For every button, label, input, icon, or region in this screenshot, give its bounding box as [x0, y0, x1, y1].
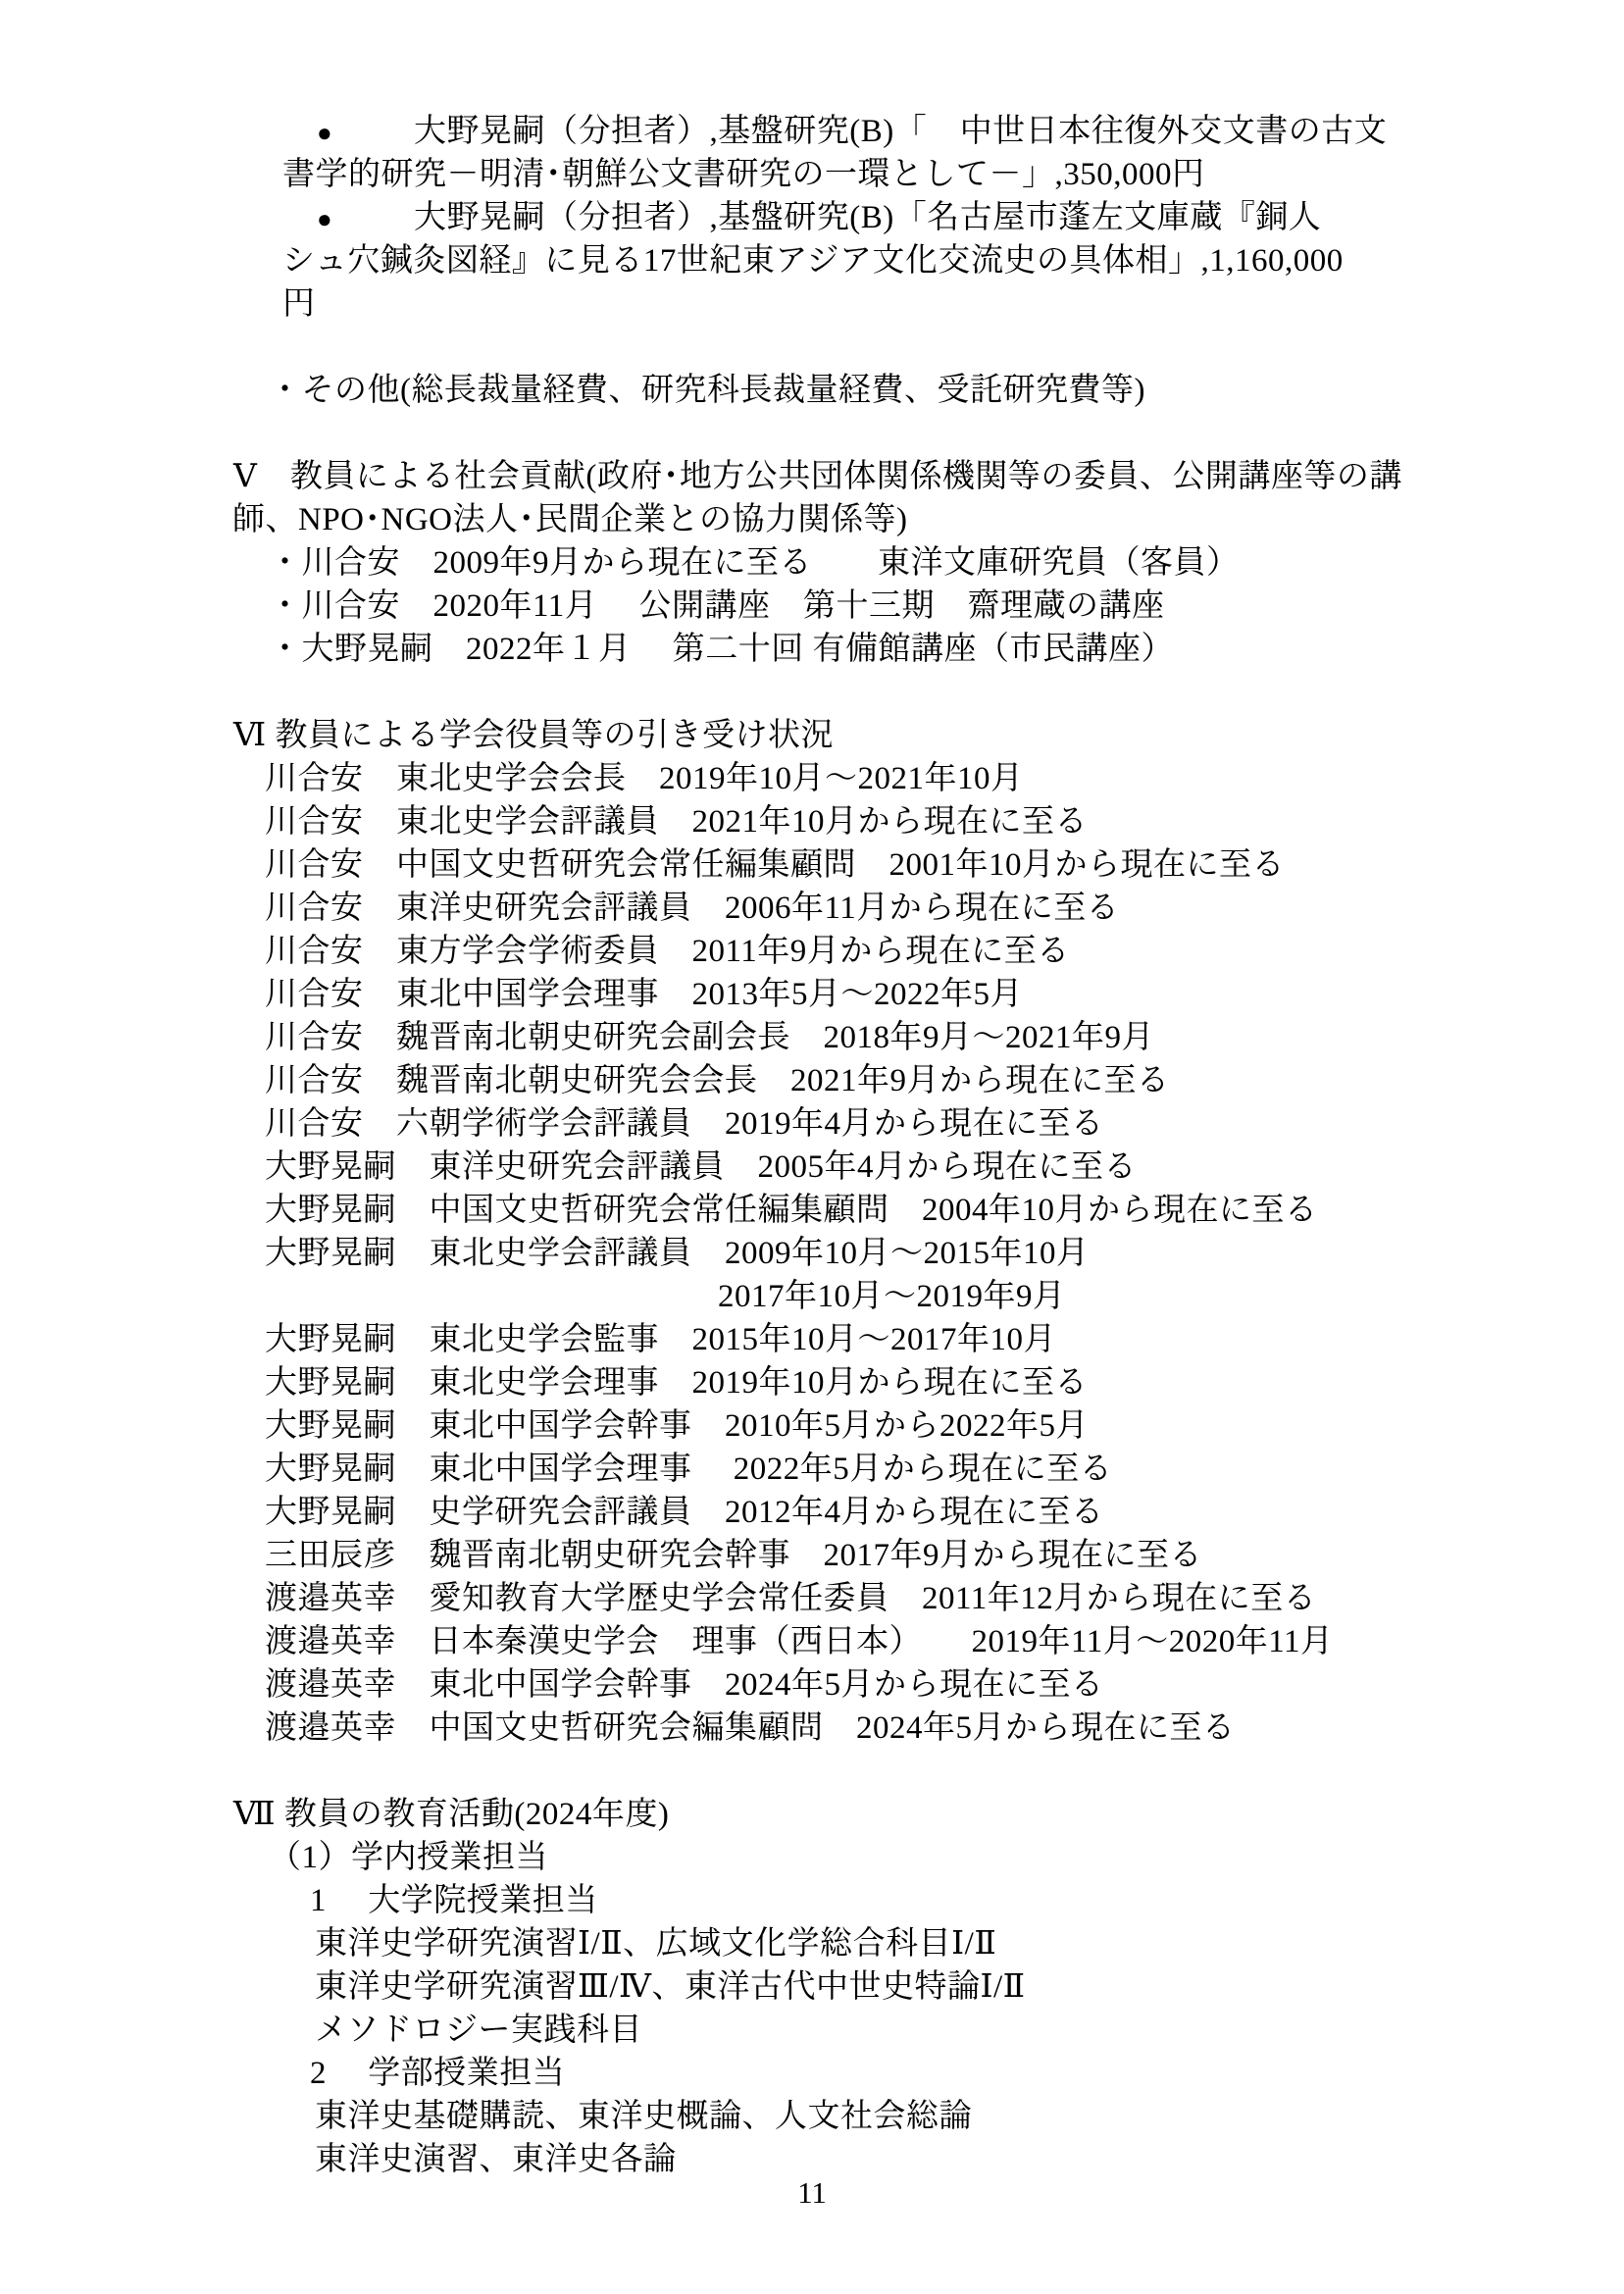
text-line: 書学的研究－明清･朝鮮公文書研究の一環として－」,350,000円: [282, 153, 1624, 196]
text-line: 渡邉英幸 中国文史哲研究会編集顧問 2024年5月から現在に至る: [265, 1707, 1624, 1750]
line-text: 渡邉英幸 日本秦漢史学会 理事（西日本） 2019年11月～2020年11月: [265, 1624, 1334, 1659]
text-line: シュ穴鍼灸図経』に見る17世紀東アジア文化交流史の具体相」,1,160,000: [282, 239, 1624, 282]
text-line: 川合安 東方学会学術委員 2011年9月から現在に至る: [265, 930, 1624, 973]
line-text: 大野晃嗣 東北史学会理事 2019年10月から現在に至る: [265, 1365, 1088, 1401]
line-text: 大野晃嗣 東洋史研究会評議員 2005年4月から現在に至る: [265, 1149, 1137, 1185]
text-line: 大野晃嗣 東洋史研究会評議員 2005年4月から現在に至る: [265, 1146, 1624, 1189]
line-text: 川合安 東北中国学会理事 2013年5月～2022年5月: [265, 977, 1023, 1012]
text-line: 大野晃嗣 東北中国学会理事 2022年5月から現在に至る: [265, 1448, 1624, 1491]
line-text: Ⅶ 教員の教育活動(2024年度): [233, 1797, 669, 1832]
blank-line: [0, 412, 1624, 455]
text-line: ・川合安 2009年9月から現在に至る 東洋文庫研究員（客員）: [269, 541, 1624, 585]
text-line: 東洋史学研究演習Ⅰ/Ⅱ、広域文化学総合科目Ⅰ/Ⅱ: [315, 1922, 1624, 1965]
line-text: 川合安 東方学会学術委員 2011年9月から現在に至る: [265, 934, 1070, 969]
line-text: 川合安 六朝学術学会評議員 2019年4月から現在に至る: [265, 1106, 1104, 1142]
text-line: 円: [282, 282, 1624, 326]
blank-line: [0, 326, 1624, 369]
line-text: 渡邉英幸 愛知教育大学歴史学会常任委員 2011年12月から現在に至る: [265, 1581, 1316, 1616]
text-line: 大野晃嗣 東北史学会理事 2019年10月から現在に至る: [265, 1361, 1624, 1404]
line-text: 大野晃嗣（分担者）,基盤研究(B)「 中世日本往復外交文書の古文: [414, 114, 1387, 149]
text-line: メソドロジー実践科目: [315, 2009, 1624, 2052]
text-line: 川合安 中国文史哲研究会常任編集顧問 2001年10月から現在に至る: [265, 843, 1624, 887]
line-text: 東洋史学研究演習Ⅰ/Ⅱ、広域文化学総合科目Ⅰ/Ⅱ: [315, 1926, 996, 1962]
line-text: 大野晃嗣（分担者）,基盤研究(B)「名古屋市蓬左文庫蔵『銅人: [414, 200, 1321, 235]
line-text: 東洋史学研究演習Ⅲ/Ⅳ、東洋古代中世史特論Ⅰ/Ⅱ: [315, 1969, 1026, 2005]
text-line: 川合安 東北史学会会長 2019年10月～2021年10月: [265, 757, 1624, 800]
text-line: ●大野晃嗣（分担者）,基盤研究(B)「 中世日本往復外交文書の古文: [317, 110, 1624, 153]
text-line: 大野晃嗣 史学研究会評議員 2012年4月から現在に至る: [265, 1491, 1624, 1534]
line-text: 川合安 魏晋南北朝史研究会会長 2021年9月から現在に至る: [265, 1063, 1170, 1098]
text-line: 1 大学院授業担当: [310, 1879, 1624, 1922]
text-line: 川合安 六朝学術学会評議員 2019年4月から現在に至る: [265, 1102, 1624, 1146]
text-line: 大野晃嗣 東北史学会評議員 2009年10月～2015年10月: [265, 1232, 1624, 1275]
text-line: ・川合安 2020年11月 公開講座 第十三期 齋理蔵の講座: [269, 585, 1624, 628]
text-line: 東洋史基礎購読、東洋史概論、人文社会総論: [315, 2095, 1624, 2138]
bullet-icon: ●: [317, 112, 414, 155]
line-text: 渡邉英幸 東北中国学会幹事 2024年5月から現在に至る: [265, 1667, 1104, 1703]
text-line: 川合安 東洋史研究会評議員 2006年11月から現在に至る: [265, 887, 1624, 930]
page-number: 11: [0, 2171, 1624, 2215]
text-line: 2017年10月～2019年9月: [718, 1275, 1624, 1318]
line-text: 大野晃嗣 東北中国学会理事 2022年5月から現在に至る: [265, 1452, 1112, 1487]
text-line: 川合安 魏晋南北朝史研究会副会長 2018年9月～2021年9月: [265, 1016, 1624, 1059]
document-lines: ●大野晃嗣（分担者）,基盤研究(B)「 中世日本往復外交文書の古文書学的研究－明…: [0, 110, 1624, 2181]
text-line: 大野晃嗣 中国文史哲研究会常任編集顧問 2004年10月から現在に至る: [265, 1189, 1624, 1232]
line-text: メソドロジー実践科目: [315, 2013, 642, 2048]
line-text: Ⅴ 教員による社会貢献(政府･地方公共団体関係機関等の委員、公開講座等の講: [233, 459, 1402, 494]
text-line: 大野晃嗣 東北中国学会幹事 2010年5月から2022年5月: [265, 1404, 1624, 1448]
text-line: 師、NPO･NGO法人･民間企業との協力関係等): [232, 498, 1624, 541]
line-text: 川合安 魏晋南北朝史研究会副会長 2018年9月～2021年9月: [265, 1020, 1154, 1055]
text-line: 川合安 東北史学会評議員 2021年10月から現在に至る: [265, 800, 1624, 843]
line-text: Ⅵ 教員による学会役員等の引き受け状況: [233, 718, 834, 753]
line-text: 大野晃嗣 東北史学会監事 2015年10月～2017年10月: [265, 1322, 1056, 1357]
line-text: 東洋史基礎購読、東洋史概論、人文社会総論: [315, 2099, 972, 2134]
text-line: 三田辰彦 魏晋南北朝史研究会幹事 2017年9月から現在に至る: [265, 1534, 1624, 1577]
text-line: Ⅵ 教員による学会役員等の引き受け状況: [233, 714, 1624, 757]
line-text: シュ穴鍼灸図経』に見る17世紀東アジア文化交流史の具体相」,1,160,000: [282, 243, 1344, 279]
text-line: 渡邉英幸 日本秦漢史学会 理事（西日本） 2019年11月～2020年11月: [265, 1620, 1624, 1663]
line-text: 大野晃嗣 中国文史哲研究会常任編集顧問 2004年10月から現在に至る: [265, 1193, 1318, 1228]
text-line: 渡邉英幸 愛知教育大学歴史学会常任委員 2011年12月から現在に至る: [265, 1577, 1624, 1620]
line-text: 川合安 東北史学会評議員 2021年10月から現在に至る: [265, 804, 1088, 840]
line-text: 渡邉英幸 中国文史哲研究会編集顧問 2024年5月から現在に至る: [265, 1710, 1236, 1746]
line-text: 川合安 中国文史哲研究会常任編集顧問 2001年10月から現在に至る: [265, 847, 1285, 883]
bullet-icon: ●: [317, 198, 414, 241]
text-line: Ⅴ 教員による社会貢献(政府･地方公共団体関係機関等の委員、公開講座等の講: [233, 455, 1624, 498]
text-line: 東洋史学研究演習Ⅲ/Ⅳ、東洋古代中世史特論Ⅰ/Ⅱ: [315, 1965, 1624, 2009]
line-text: 大野晃嗣 史学研究会評議員 2012年4月から現在に至る: [265, 1495, 1104, 1530]
line-text: 師、NPO･NGO法人･民間企業との協力関係等): [232, 502, 908, 537]
blank-line: [0, 671, 1624, 714]
line-text: 川合安 東北史学会会長 2019年10月～2021年10月: [265, 761, 1024, 796]
line-text: 川合安 東洋史研究会評議員 2006年11月から現在に至る: [265, 891, 1119, 926]
text-line: 川合安 魏晋南北朝史研究会会長 2021年9月から現在に至る: [265, 1059, 1624, 1102]
line-text: ・川合安 2020年11月 公開講座 第十三期 齋理蔵の講座: [269, 588, 1165, 624]
line-text: 三田辰彦 魏晋南北朝史研究会幹事 2017年9月から現在に至る: [265, 1538, 1202, 1573]
line-text: 大野晃嗣 東北中国学会幹事 2010年5月から2022年5月: [265, 1408, 1089, 1444]
text-line: 渡邉英幸 東北中国学会幹事 2024年5月から現在に至る: [265, 1663, 1624, 1707]
text-line: 川合安 東北中国学会理事 2013年5月～2022年5月: [265, 973, 1624, 1016]
line-text: 2017年10月～2019年9月: [718, 1279, 1066, 1314]
text-line: ・その他(総長裁量経費、研究科長裁量経費、受託研究費等): [269, 369, 1624, 412]
line-text: ・大野晃嗣 2022年１月 第二十回 有備館講座（市民講座）: [269, 632, 1174, 667]
line-text: ・その他(総長裁量経費、研究科長裁量経費、受託研究費等): [269, 373, 1145, 408]
document-page: ●大野晃嗣（分担者）,基盤研究(B)「 中世日本往復外交文書の古文書学的研究－明…: [0, 0, 1624, 2294]
line-text: 2 学部授業担当: [310, 2056, 565, 2091]
line-text: 円: [282, 286, 316, 322]
blank-line: [0, 1750, 1624, 1793]
text-line: ・大野晃嗣 2022年１月 第二十回 有備館講座（市民講座）: [269, 628, 1624, 671]
line-text: ・川合安 2009年9月から現在に至る 東洋文庫研究員（客員）: [269, 545, 1240, 581]
text-line: Ⅶ 教員の教育活動(2024年度): [233, 1793, 1624, 1836]
line-text: 1 大学院授業担当: [310, 1883, 598, 1918]
text-line: ●大野晃嗣（分担者）,基盤研究(B)「名古屋市蓬左文庫蔵『銅人: [317, 196, 1624, 239]
text-line: （1）学内授業担当: [269, 1836, 1624, 1879]
text-line: 大野晃嗣 東北史学会監事 2015年10月～2017年10月: [265, 1318, 1624, 1361]
line-text: （1）学内授業担当: [269, 1840, 548, 1875]
text-line: 2 学部授業担当: [310, 2052, 1624, 2095]
line-text: 書学的研究－明清･朝鮮公文書研究の一環として－」,350,000円: [282, 157, 1205, 192]
line-text: 大野晃嗣 東北史学会評議員 2009年10月～2015年10月: [265, 1236, 1090, 1271]
